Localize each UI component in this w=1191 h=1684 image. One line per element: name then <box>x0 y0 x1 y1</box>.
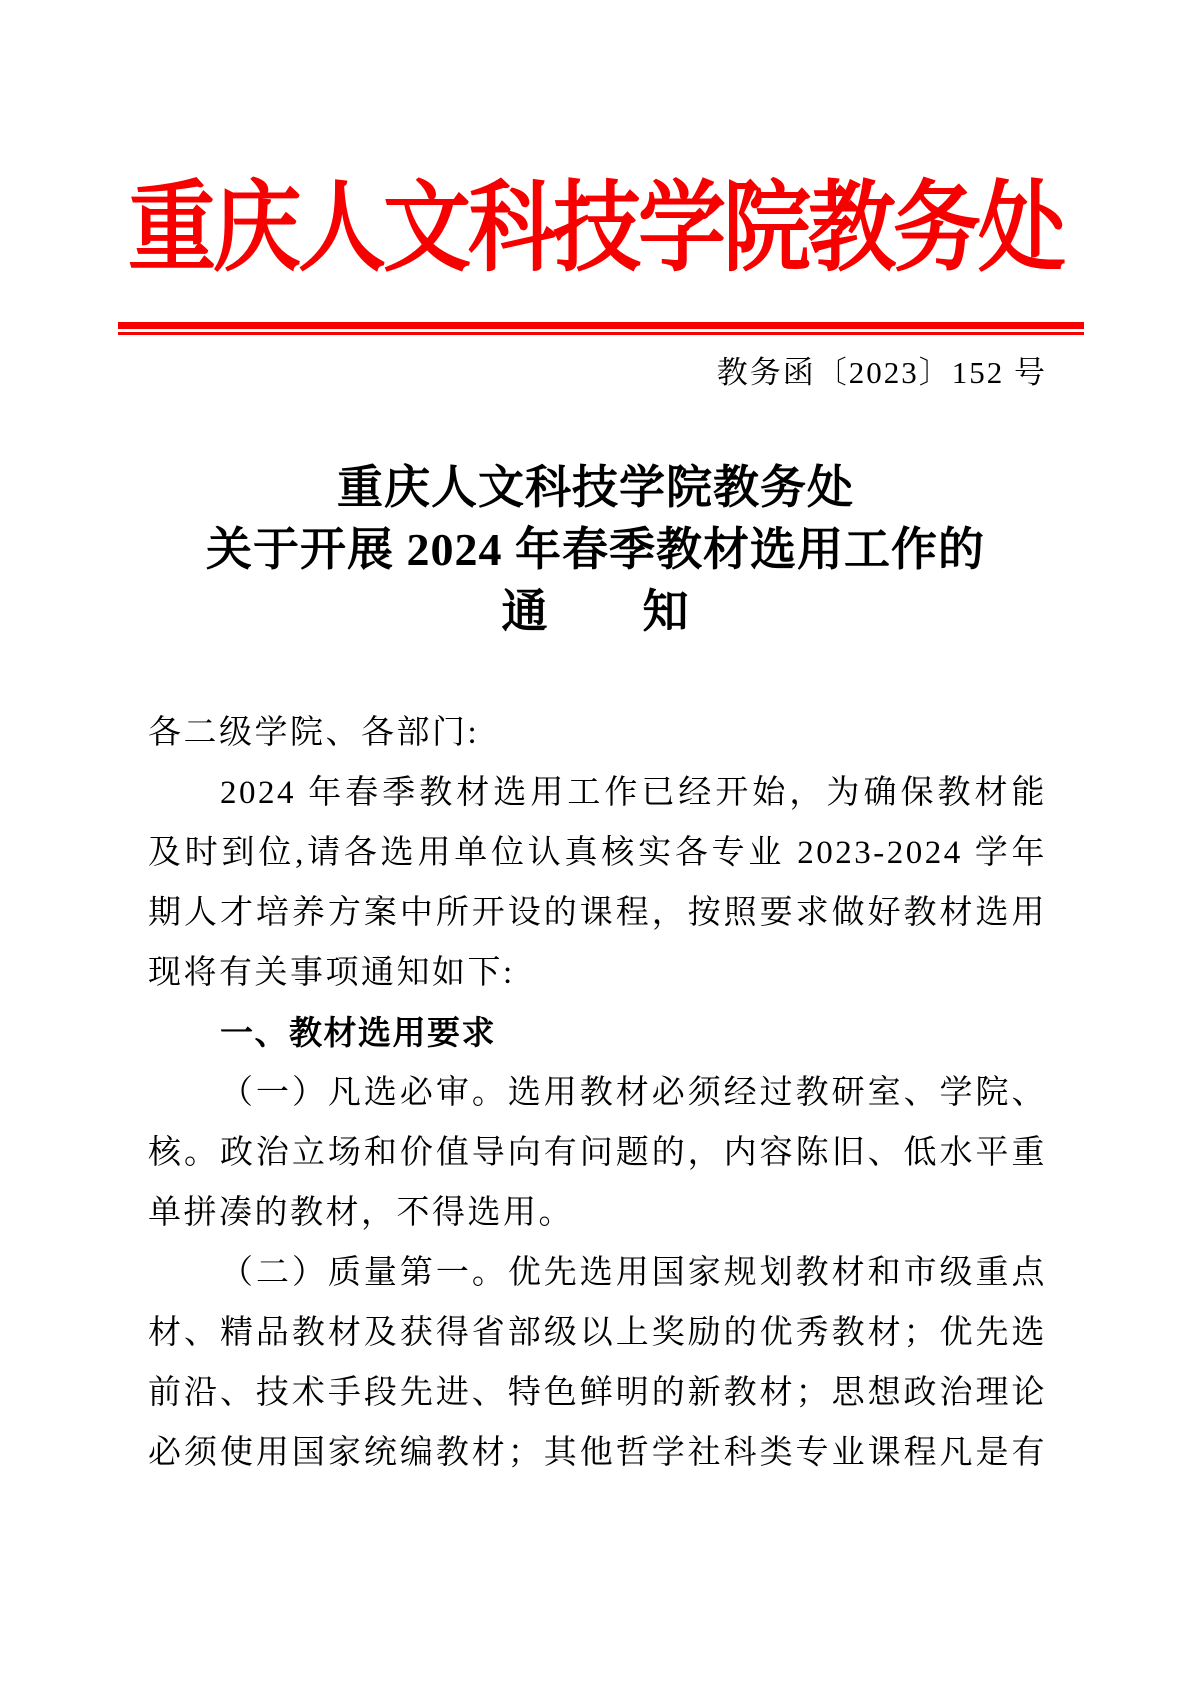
body-line: （一）凡选必审。选用教材必须经过教研室、学院、学校审 <box>148 1063 1047 1123</box>
document-number: 教务函〔2023〕152 号 <box>148 351 1047 395</box>
red-separator-thin <box>118 332 1084 335</box>
document-page: 重庆人文科技学院教务处 教务函〔2023〕152 号 重庆人文科技学院教务处 关… <box>0 0 1191 1684</box>
body-line: 前沿、技术手段先进、特色鲜明的新教材；思想政治理论课教材 <box>148 1363 1047 1423</box>
body-line: 及时到位,请各选用单位认真核实各专业 2023-2024 学年第 2 学 <box>148 823 1047 883</box>
red-separator-thick <box>118 322 1084 329</box>
body-line: 必须使用国家统编教材；其他哲学社科类专业课程凡是有马克思 <box>148 1423 1047 1483</box>
letterhead-title: 重庆人文科技学院教务处 <box>0 152 1191 309</box>
section-heading: 一、教材选用要求 <box>148 1003 1047 1063</box>
body-line: 单拼凑的教材，不得选用。 <box>148 1183 1047 1243</box>
body-line: 材、精品教材及获得省部级以上奖励的优秀教材；优先选用内容 <box>148 1303 1047 1363</box>
body-line: 各二级学院、各部门: <box>148 703 1047 763</box>
body-line: 期人才培养方案中所开设的课程，按照要求做好教材选用工作。 <box>148 883 1047 943</box>
body-line: 现将有关事项通知如下: <box>148 943 1047 1003</box>
body-line: 2024 年春季教材选用工作已经开始，为确保教材能够准确 <box>148 763 1047 823</box>
notice-body: 各二级学院、各部门: 2024 年春季教材选用工作已经开始，为确保教材能够准确 … <box>148 703 1047 1483</box>
body-line: 核。政治立场和价值导向有问题的，内容陈旧、低水平重复、简 <box>148 1123 1047 1183</box>
notice-title-line3: 通 知 <box>0 581 1191 643</box>
notice-title-line1: 重庆人文科技学院教务处 <box>0 457 1191 519</box>
notice-title: 重庆人文科技学院教务处 关于开展 2024 年春季教材选用工作的 通 知 <box>0 457 1191 643</box>
notice-title-line2: 关于开展 2024 年春季教材选用工作的 <box>0 519 1191 581</box>
body-line: （二）质量第一。优先选用国家规划教材和市级重点建设教 <box>148 1243 1047 1303</box>
